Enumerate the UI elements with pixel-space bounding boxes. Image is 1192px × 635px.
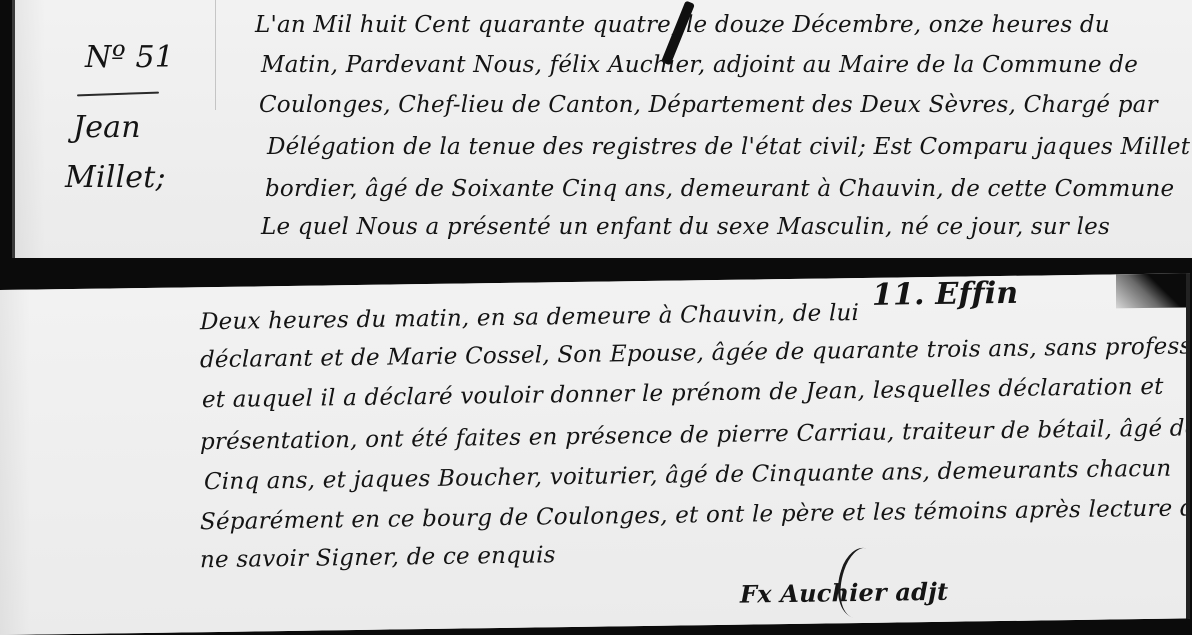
text-line: Cinq ans, et jaques Boucher, voiturier, …	[204, 456, 1171, 496]
text-line: L'an Mil huit Cent quarante quatre, le d…	[255, 12, 1110, 38]
text-line: Coulonges, Chef-lieu de Canton, Départem…	[259, 92, 1158, 118]
text-line: Matin, Pardevant Nous, félix Auchier, ad…	[261, 52, 1138, 78]
margin-annotation: 11. Effin	[872, 276, 1018, 313]
entry-number-underline	[77, 92, 159, 97]
child-first-name: Jean	[73, 110, 141, 145]
margin-rule	[215, 0, 216, 110]
document-scan-viewport: Nº 51 Jean Millet; L'an Mil huit Cent qu…	[0, 0, 1192, 635]
registry-page-bottom: 11. Effin Deux heures du matin, en sa de…	[0, 273, 1190, 635]
text-line: Le quel Nous a présenté un enfant du sex…	[261, 214, 1110, 240]
registry-page-top: Nº 51 Jean Millet; L'an Mil huit Cent qu…	[12, 0, 1192, 258]
text-line: ne savoir Signer, de ce enquis	[200, 542, 556, 573]
text-line: Délégation de la tenue des registres de …	[267, 134, 1190, 160]
entry-number: Nº 51	[85, 40, 174, 75]
text-line: présentation, ont été faites en présence…	[200, 414, 1190, 455]
text-line: Séparément en ce bourg de Coulonges, et …	[200, 494, 1190, 535]
text-line: déclarant et de Marie Cossel, Son Epouse…	[200, 333, 1190, 373]
text-line: Deux heures du matin, en sa demeure à Ch…	[200, 300, 859, 335]
text-line: bordier, âgé de Soixante Cinq ans, demeu…	[265, 176, 1174, 202]
page-corner-fold	[1116, 273, 1186, 308]
text-line: et auquel il a déclaré vouloir donner le…	[202, 374, 1164, 413]
child-last-name: Millet;	[65, 160, 166, 195]
